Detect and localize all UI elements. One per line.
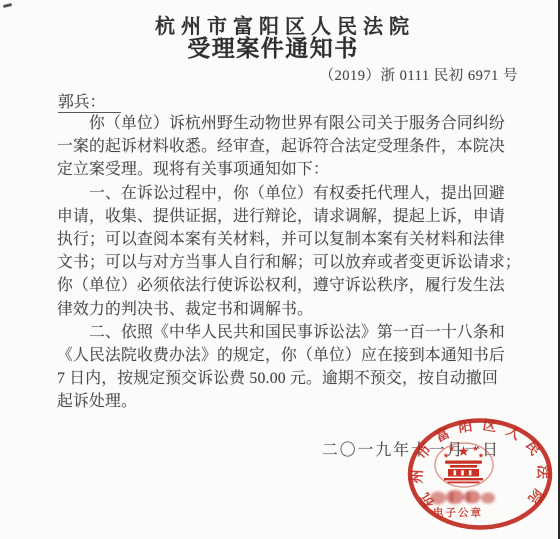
paragraph-line: 一案的起诉材料收悉。经审查，起诉符合法定受理条件，本院决 (57, 135, 529, 158)
paragraph-line: 《人民法院收费办法》的规定，你（单位）应在接到本通知书后 (57, 344, 529, 367)
paragraph-line: 二、依照《中华人民共和国民事诉讼法》第一百一十八条和 (57, 321, 529, 344)
paragraph-line: 你（单位）诉杭州野生动物世界有限公司关于服务合同纠纷 (57, 112, 529, 135)
notice-body: 你（单位）诉杭州野生动物世界有限公司关于服务合同纠纷 一案的起诉材料收悉。经审查… (57, 112, 529, 413)
court-seal: 杭州市富阳区人民法院 (404, 417, 556, 535)
star-icon (458, 446, 469, 456)
court-seal-graphic: 杭州市富阳区人民法院 (404, 417, 556, 535)
emblem-gate-roof (445, 461, 482, 464)
seal-bottom-label: 电子公章 (433, 506, 483, 519)
emblem-platform (448, 482, 480, 484)
paragraph-line: 起诉处理。 (57, 390, 529, 413)
notice-title: 受理案件通知书 (0, 30, 553, 63)
star-icon (443, 453, 448, 458)
star-icon (478, 453, 483, 458)
paragraph-line: 一、在诉讼过程中，你（单位）有权委托代理人，提出回避 (57, 182, 529, 205)
emblem-gate-door (469, 470, 472, 475)
paragraph-line: 申请，收集、提供证据，进行辩论，请求调解，提起上诉，申请 (57, 205, 529, 228)
scan-artifact-speck (3, 3, 12, 8)
paragraph-line: 你（单位）必须依法行使诉讼权利，遵守诉讼秩序，履行发生法 (57, 274, 529, 297)
emblem-gate-door (461, 470, 464, 475)
emblem-platform (444, 478, 483, 480)
seal-middle-illegible (430, 490, 495, 505)
emblem-gate-roof2 (450, 465, 477, 468)
paragraph-line: 律效力的判决书、裁定书和调解书。 (57, 298, 529, 321)
national-emblem-icon (435, 443, 493, 487)
paragraph-line: 文书；可以与对方当事人自行和解；可以放弃或者变更诉讼请求； (57, 251, 529, 274)
case-number: （2019）浙 0111 民初 6971 号 (320, 64, 518, 85)
paragraph-line: 7 日内，按规定预交诉讼费 50.00 元。逾期不预交，按自动撤回 (57, 367, 529, 390)
court-notice-document: 杭州市富阳区人民法院 受理案件通知书 （2019）浙 0111 民初 6971 … (0, 0, 560, 539)
paragraph-line: 定立案受理。现将有关事项通知如下： (57, 158, 529, 181)
addressee-line: 郭兵： (58, 89, 121, 112)
emblem-gate-door (454, 470, 457, 475)
addressee-name: 郭兵： (58, 94, 121, 113)
paragraph-line: 执行；可以查阅本案有关材料，并可以复制本案有关材料和法律 (57, 228, 529, 251)
